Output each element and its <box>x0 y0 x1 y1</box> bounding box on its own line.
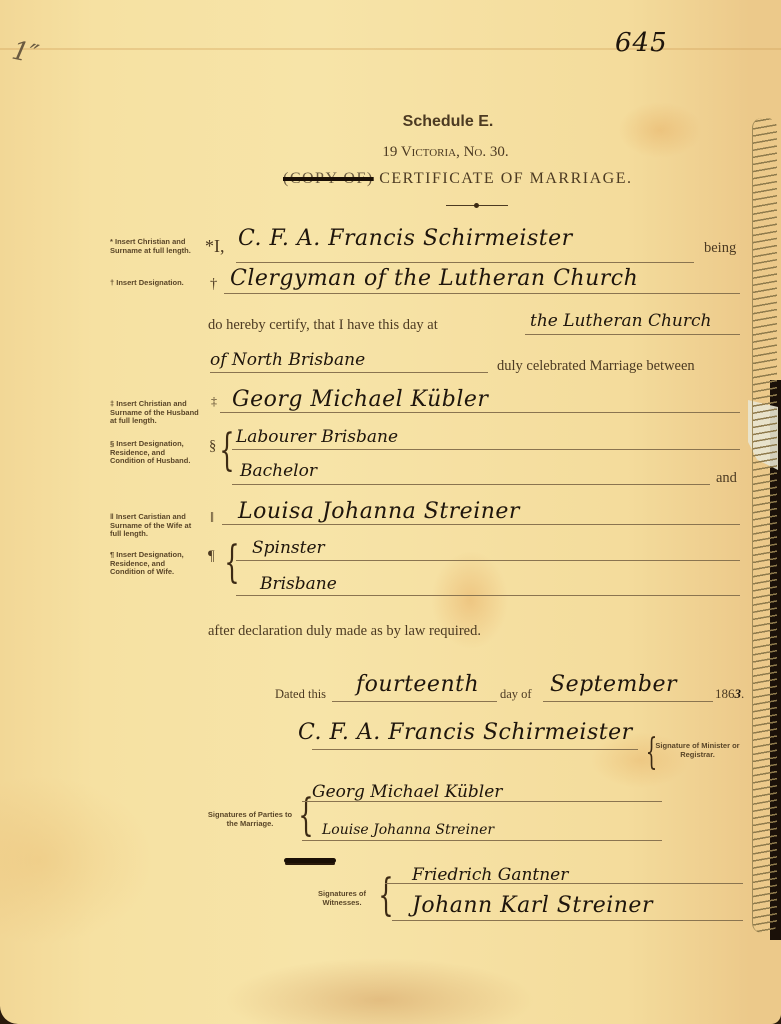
year-period: . <box>741 686 744 701</box>
minister-signature: C. F. A. Francis Schirmeister <box>298 720 633 745</box>
husband-details-line1 <box>232 449 740 450</box>
note-wife-name: ‖ Insert Caristian and Surname of the Wi… <box>110 513 202 539</box>
wife-residence-entry: Brisbane <box>260 574 337 594</box>
officiant-name-entry: C. F. A. Francis Schirmeister <box>238 226 573 251</box>
and-text: and <box>716 470 737 487</box>
act-reference: 19 Victoria, No. 30. <box>0 144 781 161</box>
wife-name-line <box>222 524 740 525</box>
officiant-designation-entry: Clergyman of the Lutheran Church <box>230 266 638 291</box>
day-entry: fourteenth <box>356 672 479 697</box>
husband-details-brace: { <box>219 425 234 476</box>
witness1-signature: Friedrich Gantner <box>412 865 568 885</box>
day-of-text: day of <box>500 687 532 702</box>
certify-text: do hereby certify, that I have this day … <box>208 317 438 334</box>
decorative-spiral-border <box>752 118 777 933</box>
certificate-page: 1″ 645 Schedule E. 19 Victoria, No. 30. … <box>0 0 781 1024</box>
place-entry-line2: of North Brisbane <box>210 350 365 370</box>
officiant-designation-line <box>224 293 740 294</box>
husband-condition-entry: Bachelor <box>240 461 317 481</box>
note-officiant-designation: † Insert Designation. <box>110 279 202 288</box>
being-text: being <box>704 240 736 257</box>
struck-out-text: (COPY OF) <box>283 170 374 187</box>
note-husband-name: ‡ Insert Christian and Surname of the Hu… <box>110 400 202 426</box>
husband-name-entry: Georg Michael Kübler <box>232 387 488 412</box>
certificate-title: (COPY OF) CERTIFICATE OF MARRIAGE. <box>283 170 632 188</box>
husband-signature-line <box>302 801 662 802</box>
husband-signature: Georg Michael Kübler <box>312 782 502 802</box>
dated-this-text: Dated this <box>275 687 326 702</box>
schedule-heading: Schedule E. <box>0 113 781 131</box>
page-number: 645 <box>615 28 668 58</box>
minister-sig-label: Signature of Minister or Registrar. <box>650 741 745 759</box>
witness2-signature-line <box>392 920 743 921</box>
wife-details-line2 <box>236 595 740 596</box>
witnesses-sig-brace: { <box>378 870 393 921</box>
ink-smudge <box>284 858 336 863</box>
husband-name-line <box>220 412 740 413</box>
officiant-name-line <box>236 262 694 263</box>
ref-mark-officiant-designation: † <box>210 276 217 293</box>
day-line <box>332 701 497 702</box>
title-text: CERTIFICATE OF MARRIAGE. <box>379 170 632 187</box>
place-entry-line1: the Lutheran Church <box>530 311 711 331</box>
ref-mark-officiant-name: *I, <box>205 236 225 257</box>
wife-condition-entry: Spinster <box>252 538 325 558</box>
title-ornament-divider <box>446 205 508 206</box>
declaration-text: after declaration duly made as by law re… <box>208 623 481 640</box>
place-line2 <box>210 372 488 373</box>
year-text: 1863. <box>715 686 744 702</box>
wife-signature-line <box>302 840 662 841</box>
month-entry: September <box>550 672 677 697</box>
husband-designation-residence-entry: Labourer Brisbane <box>236 427 398 447</box>
place-line1 <box>525 334 740 335</box>
witness1-signature-line <box>385 883 743 884</box>
husband-details-line2 <box>232 484 710 485</box>
witnesses-sig-label: Signatures of Witnesses. <box>310 889 374 907</box>
ref-mark-husband-details: § <box>209 438 216 455</box>
note-officiant-name: * Insert Christian and Surname at full l… <box>110 238 202 255</box>
year-prefix: 186 <box>715 686 735 701</box>
wife-details-line1 <box>236 560 740 561</box>
celebrated-text: duly celebrated Marriage between <box>497 358 695 375</box>
wife-name-entry: Louisa Johanna Streiner <box>238 499 520 524</box>
note-husband-details: § Insert Designation, Residence, and Con… <box>110 440 202 466</box>
ref-mark-wife-name: ‖ <box>210 510 214 527</box>
parties-sig-label: Signatures of Parties to the Marriage. <box>205 810 295 828</box>
ref-mark-wife-details: ¶ <box>208 548 215 565</box>
minister-signature-line <box>312 749 638 750</box>
witness2-signature: Johann Karl Streiner <box>412 893 653 918</box>
month-line <box>543 701 713 702</box>
ref-mark-husband-name: ‡ <box>211 397 217 405</box>
wife-details-brace: { <box>224 537 239 588</box>
margin-mark: 1″ <box>9 36 41 71</box>
note-wife-details: ¶ Insert Designation, Residence, and Con… <box>110 551 202 577</box>
wife-signature: Louise Johanna Streiner <box>322 822 494 838</box>
